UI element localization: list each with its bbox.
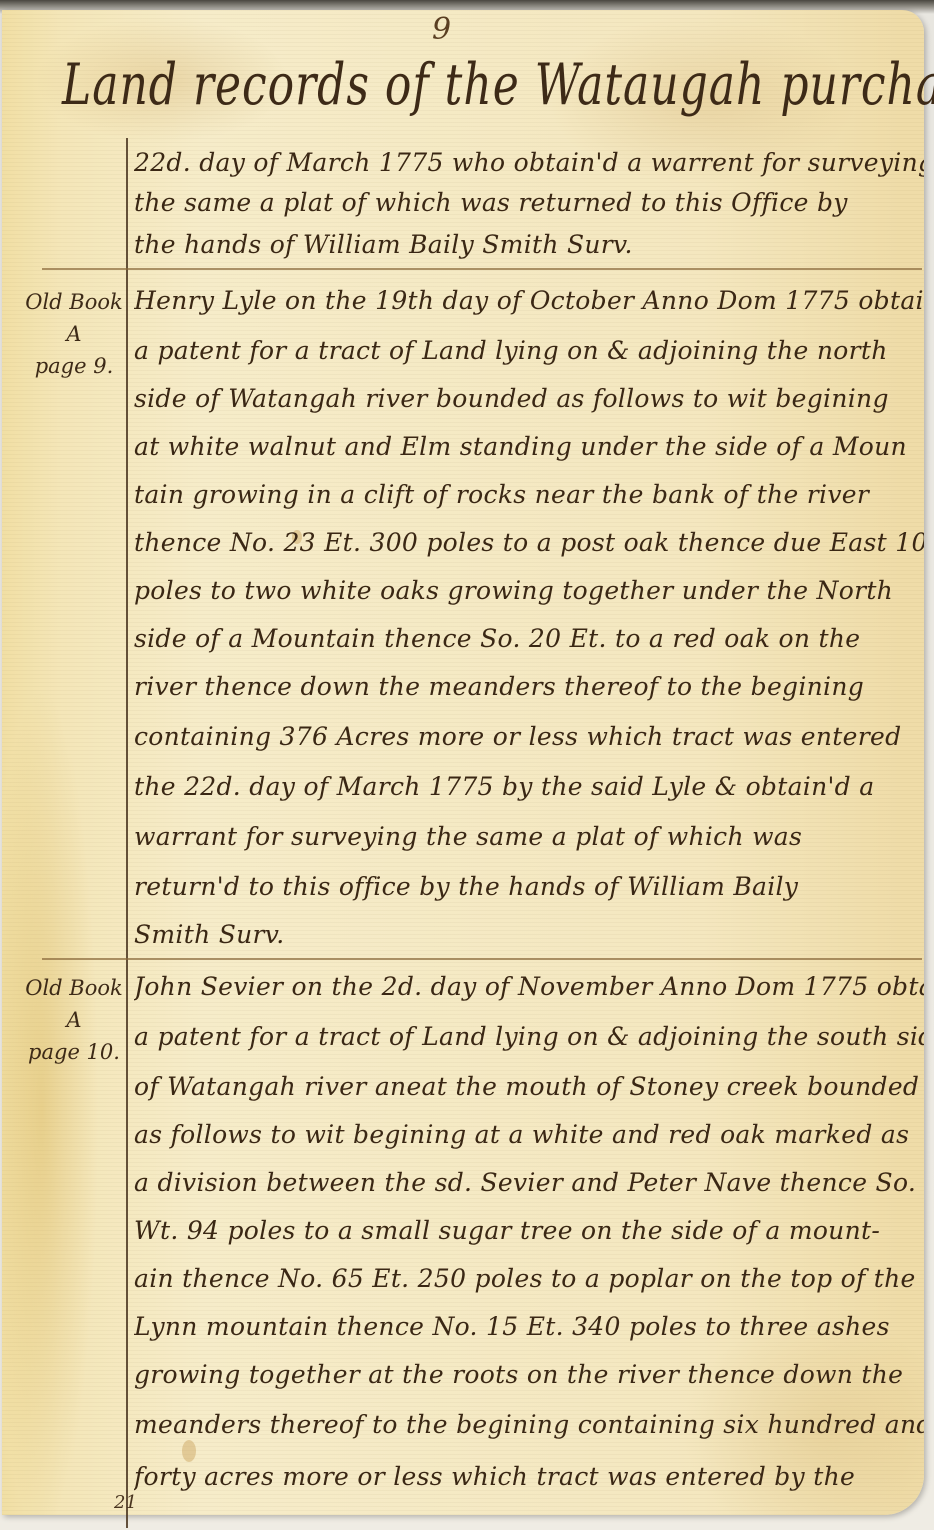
margin-note: Old Book A page 10.	[24, 972, 124, 1068]
margin-volume: A	[24, 318, 124, 350]
folio-mark: 21	[114, 1492, 137, 1513]
text-line: a patent for a tract of Land lying on & …	[134, 336, 924, 365]
text-line: the 22d. day of March 1775 by the said L…	[134, 772, 924, 801]
text-line: Smith Surv.	[134, 920, 924, 949]
text-line: 22d. day of March 1775 who obtain'd a wa…	[134, 148, 924, 177]
entry-divider	[42, 958, 922, 960]
ink-stain	[182, 1440, 196, 1462]
text-line: side of Watangah river bounded as follow…	[134, 384, 924, 413]
margin-page: page 10.	[24, 1036, 124, 1068]
text-line: Henry Lyle on the 19th day of October An…	[134, 286, 924, 315]
scanned-page: 9 Land records of the Wataugah purchase …	[0, 0, 934, 1530]
text-line: forty acres more or less which tract was…	[134, 1462, 924, 1491]
text-line: the hands of William Baily Smith Surv.	[134, 230, 924, 259]
text-line: Wt. 94 poles to a small sugar tree on th…	[134, 1216, 924, 1245]
entry-divider	[42, 268, 922, 270]
margin-note: Old Book A page 9.	[24, 286, 124, 382]
margin-book: Old Book	[24, 286, 124, 318]
text-line: a division between the sd. Sevier and Pe…	[134, 1168, 924, 1197]
text-line: thence No. 23 Et. 300 poles to a post oa…	[134, 528, 924, 557]
text-line: a patent for a tract of Land lying on & …	[134, 1022, 924, 1051]
text-line: at white walnut and Elm standing under t…	[134, 432, 924, 461]
ledger-page: 9 Land records of the Wataugah purchase …	[2, 10, 924, 1515]
page-title: Land records of the Wataugah purchase	[62, 52, 922, 118]
text-line: John Sevier on the 2d. day of November A…	[134, 972, 924, 1001]
text-line: side of a Mountain thence So. 20 Et. to …	[134, 624, 924, 653]
text-line: meanders thereof to the begining contain…	[134, 1410, 924, 1439]
margin-book: Old Book	[24, 972, 124, 1004]
text-line: Lynn mountain thence No. 15 Et. 340 pole…	[134, 1312, 924, 1341]
text-line: ain thence No. 65 Et. 250 poles to a pop…	[134, 1264, 924, 1293]
text-line: warrant for surveying the same a plat of…	[134, 822, 924, 851]
text-line: growing together at the roots on the riv…	[134, 1360, 924, 1389]
text-line: of Watangah river aneat the mouth of Sto…	[134, 1072, 924, 1101]
text-line: return'd to this office by the hands of …	[134, 872, 924, 901]
margin-rule	[126, 138, 128, 1528]
page-number: 9	[432, 12, 451, 47]
margin-page: page 9.	[24, 350, 124, 382]
text-line: the same a plat of which was returned to…	[134, 188, 924, 217]
text-line: as follows to wit begining at a white an…	[134, 1120, 924, 1149]
margin-volume: A	[24, 1004, 124, 1036]
text-line: poles to two white oaks growing together…	[134, 576, 924, 605]
text-line: river thence down the meanders thereof t…	[134, 672, 924, 701]
text-line: containing 376 Acres more or less which …	[134, 722, 924, 751]
text-line: tain growing in a clift of rocks near th…	[134, 480, 924, 509]
